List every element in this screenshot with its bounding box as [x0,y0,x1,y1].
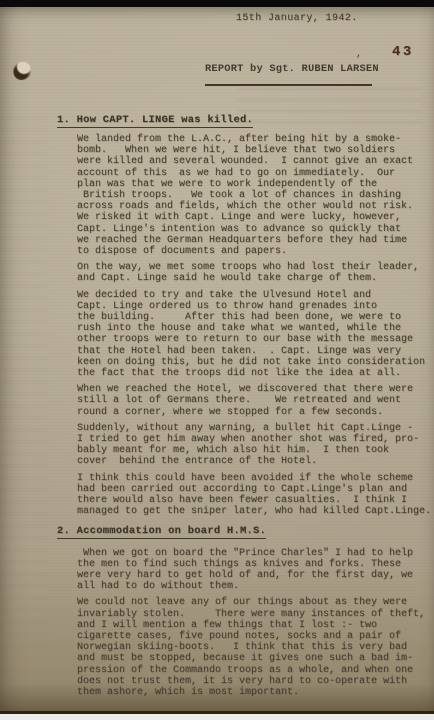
report-body: 1. How CAPT. LINGE was killed.We landed … [0,114,434,703]
report-date: 15th January, 1942. [236,13,358,24]
section-heading: 1. How CAPT. LINGE was killed. [57,114,253,128]
report-paragraph: When we got on board the "Prince Charles… [77,548,430,593]
report-paragraph: Suddenly, without any warning, a bullet … [77,423,430,468]
stray-typed-comma: , [356,49,362,60]
report-title: REPORT by Sgt. RUBEN LARSEN [205,63,379,75]
document-page: 15th January, 1942. 43 , REPORT by Sgt. … [0,7,434,711]
report-paragraph: I think this could have been avoided if … [77,473,430,518]
report-section: 1. How CAPT. LINGE was killed.We landed … [57,114,430,518]
report-paragraph: We landed from the L.A.C., after being h… [77,134,430,257]
punch-hole-mark [11,60,32,81]
report-paragraph: We could not leave any of our things abo… [77,597,430,698]
report-paragraph: On the way, we met some troops who had l… [77,262,430,284]
report-paragraph: We decided to try and take the Ulvesund … [77,290,430,380]
section-heading: 2. Accommodation on board H.M.S. [57,525,266,539]
page-number: 43 [392,44,414,60]
scan-frame: 15th January, 1942. 43 , REPORT by Sgt. … [0,0,434,720]
scan-edge-top [0,0,434,7]
scan-background-strip [0,714,434,720]
report-title-underline [205,84,372,86]
report-section: 2. Accommodation on board H.M.S. When we… [57,525,430,699]
report-paragraph: When we reached the Hotel, we discovered… [77,384,430,418]
